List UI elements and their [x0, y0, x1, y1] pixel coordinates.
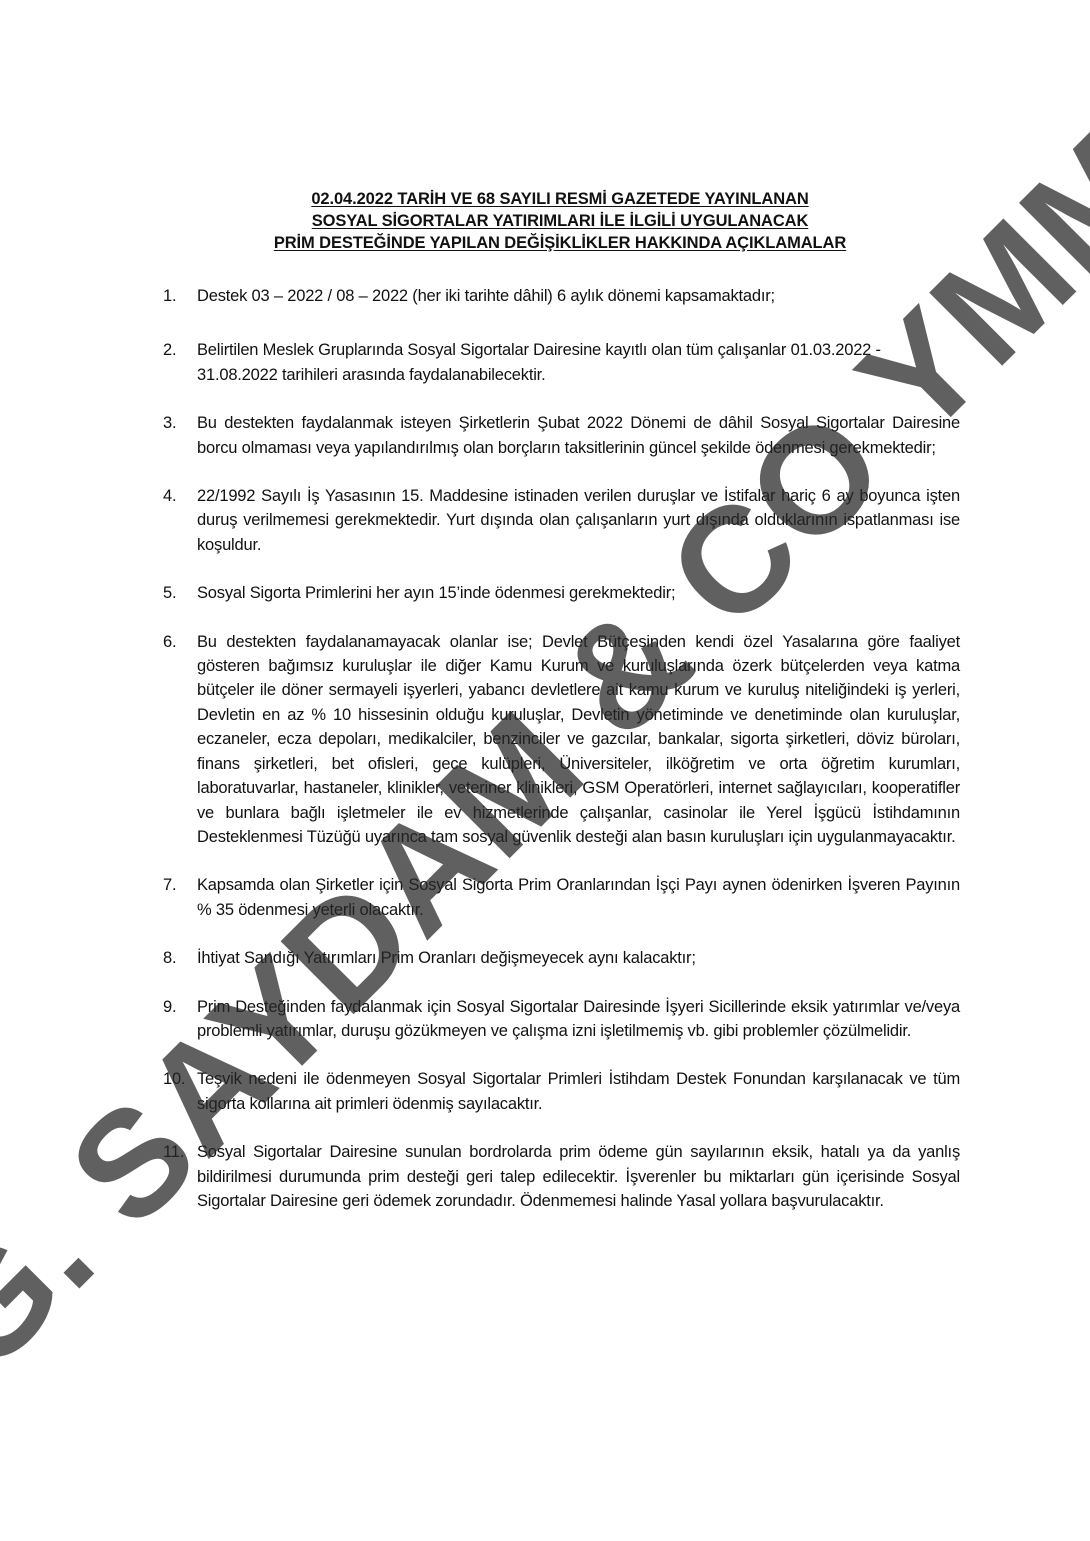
list-item: 7. Kapsamda olan Şirketler için Sosyal S… — [163, 873, 960, 922]
title-line-3: PRİM DESTEĞİNDE YAPILAN DEĞİŞİKLİKLER HA… — [0, 232, 1090, 254]
item-text: Destek 03 – 2022 / 08 – 2022 (her iki ta… — [197, 284, 960, 308]
item-text: Sosyal Sigortalar Dairesine sunulan bord… — [197, 1140, 960, 1213]
list-item: 2. Belirtilen Meslek Gruplarında Sosyal … — [163, 338, 960, 387]
item-number: 8. — [163, 946, 197, 970]
item-text: Teşvik nedeni ile ödenmeyen Sosyal Sigor… — [197, 1067, 960, 1116]
item-text: Bu destekten faydalanamayacak olanlar is… — [197, 630, 960, 850]
list-item: 1. Destek 03 – 2022 / 08 – 2022 (her iki… — [163, 284, 960, 308]
title-line-1: 02.04.2022 TARİH VE 68 SAYILI RESMİ GAZE… — [0, 188, 1090, 210]
list-item: 9. Prim Desteğinden faydalanmak için Sos… — [163, 995, 960, 1044]
item-number: 10. — [163, 1067, 197, 1116]
item-text: Kapsamda olan Şirketler için Sosyal Sigo… — [197, 873, 960, 922]
item-number: 5. — [163, 581, 197, 605]
item-number: 2. — [163, 338, 197, 387]
list-item: 5. Sosyal Sigorta Primlerini her ayın 15… — [163, 581, 960, 605]
item-number: 6. — [163, 630, 197, 850]
item-text: Sosyal Sigorta Primlerini her ayın 15’in… — [197, 581, 960, 605]
title-line-2: SOSYAL SİGORTALAR YATIRIMLARI İLE İLGİLİ… — [0, 210, 1090, 232]
item-number: 7. — [163, 873, 197, 922]
item-number: 9. — [163, 995, 197, 1044]
item-text: Bu destekten faydalanmak isteyen Şirketl… — [197, 411, 960, 460]
list-item: 4. 22/1992 Sayılı İş Yasasının 15. Madde… — [163, 484, 960, 557]
document-page: 02.04.2022 TARİH VE 68 SAYILI RESMİ GAZE… — [0, 0, 1090, 1541]
list-item: 10. Teşvik nedeni ile ödenmeyen Sosyal S… — [163, 1067, 960, 1116]
numbered-list: 1. Destek 03 – 2022 / 08 – 2022 (her iki… — [163, 284, 960, 1237]
item-number: 4. — [163, 484, 197, 557]
item-number: 1. — [163, 284, 197, 308]
list-item: 3. Bu destekten faydalanmak isteyen Şirk… — [163, 411, 960, 460]
item-text: 22/1992 Sayılı İş Yasasının 15. Maddesin… — [197, 484, 960, 557]
document-title: 02.04.2022 TARİH VE 68 SAYILI RESMİ GAZE… — [0, 188, 1090, 254]
item-number: 3. — [163, 411, 197, 460]
item-number: 11. — [163, 1140, 197, 1213]
list-item: 11. Sosyal Sigortalar Dairesine sunulan … — [163, 1140, 960, 1213]
list-item: 6. Bu destekten faydalanamayacak olanlar… — [163, 630, 960, 850]
item-text: Belirtilen Meslek Gruplarında Sosyal Sig… — [197, 338, 960, 387]
item-text: Prim Desteğinden faydalanmak için Sosyal… — [197, 995, 960, 1044]
list-item: 8. İhtiyat Sandığı Yatırımları Prim Oran… — [163, 946, 960, 970]
item-text: İhtiyat Sandığı Yatırımları Prim Oranlar… — [197, 946, 960, 970]
